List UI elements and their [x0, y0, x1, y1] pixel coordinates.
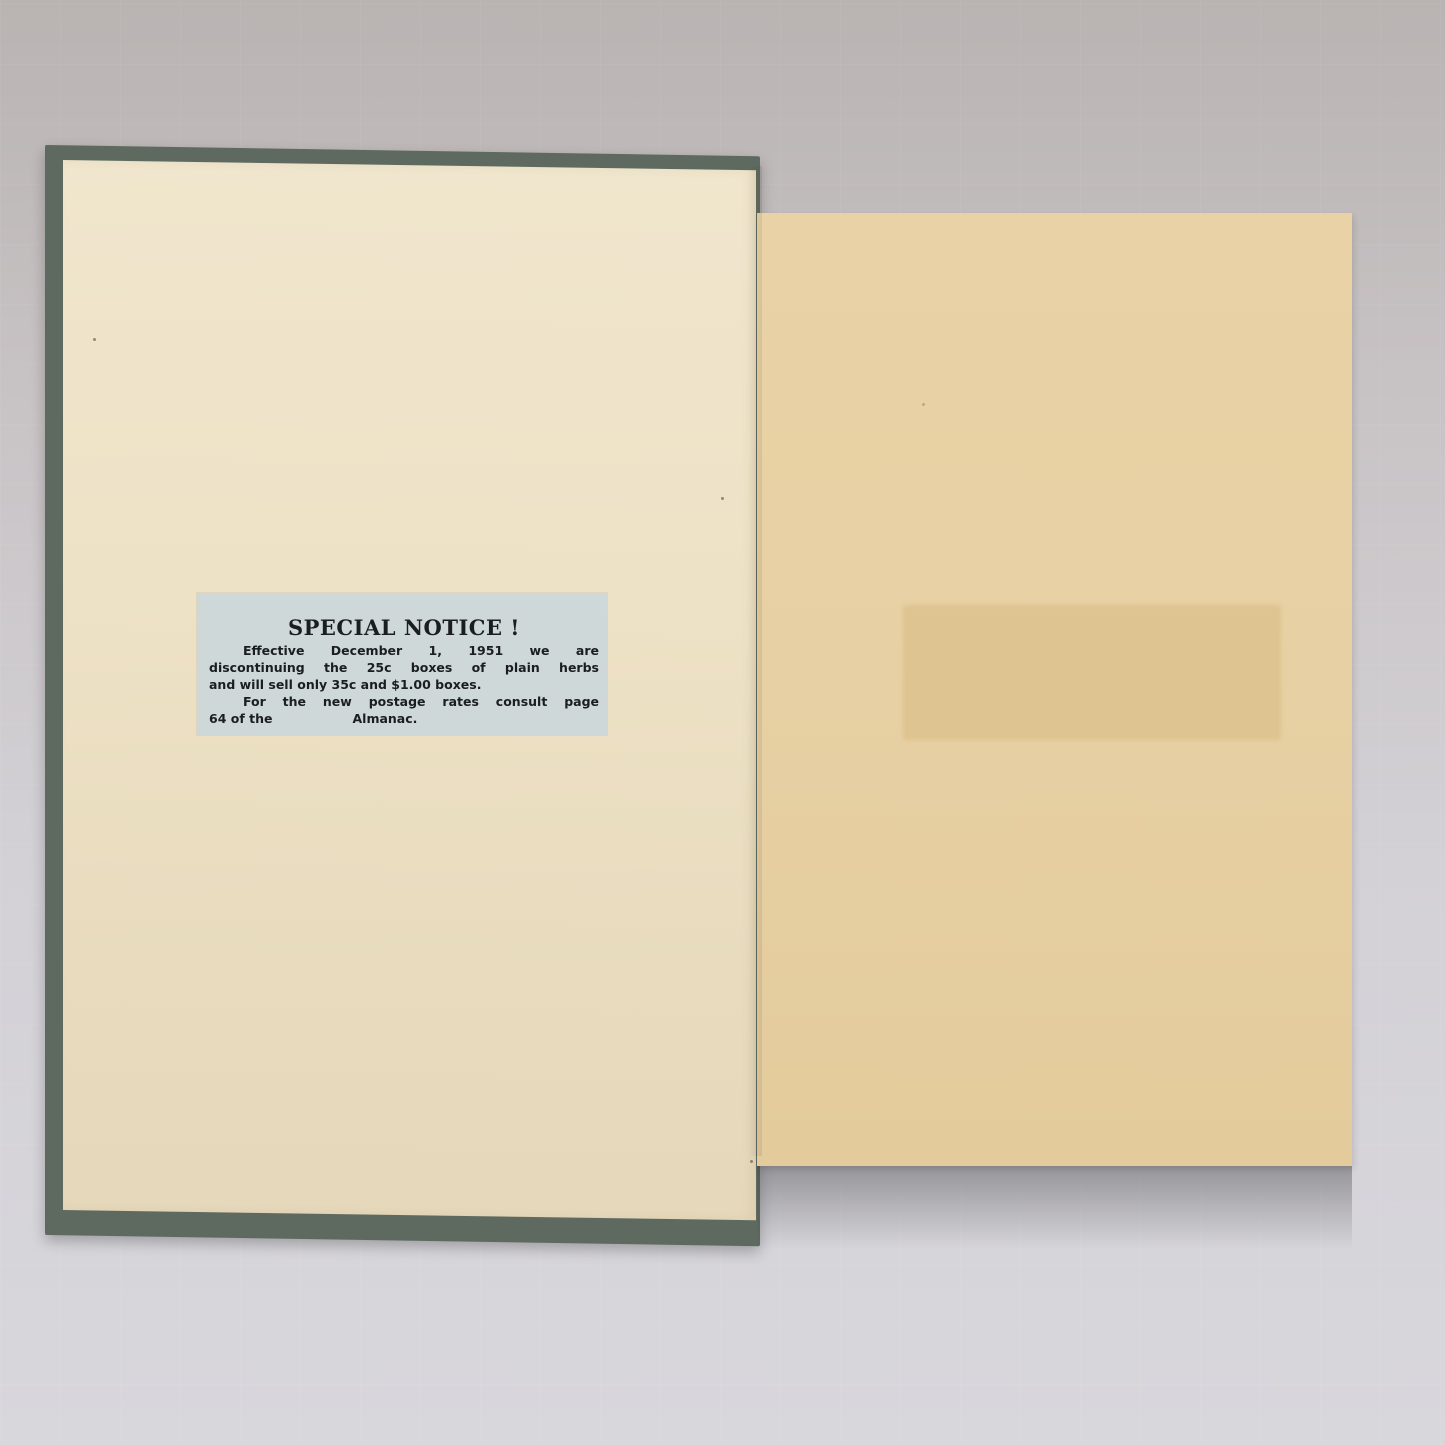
page-block-shadow — [757, 1165, 1352, 1250]
notice-line: and will sell only 35c and $1.00 boxes. — [209, 676, 599, 693]
paper-speck — [750, 1160, 753, 1163]
special-notice-slip: SPECIAL NOTICE ! Effective December 1, 1… — [197, 593, 607, 735]
paper-speck — [721, 497, 724, 500]
gutter-shadow — [748, 166, 762, 1156]
notice-line: discontinuing the 25c boxes of plain her… — [209, 659, 599, 676]
offset-stain — [903, 605, 1281, 740]
paper-speck — [922, 403, 925, 406]
notice-title: SPECIAL NOTICE ! — [209, 615, 599, 640]
paper-speck — [93, 338, 96, 341]
notice-line-start: 64 of the — [209, 711, 272, 726]
notice-line-end: Almanac. — [352, 711, 417, 726]
notice-line: For the new postage rates consult page — [209, 693, 599, 710]
notice-line: Effective December 1, 1951 we are — [209, 642, 599, 659]
notice-line: 64 of theAlmanac. — [209, 710, 599, 727]
